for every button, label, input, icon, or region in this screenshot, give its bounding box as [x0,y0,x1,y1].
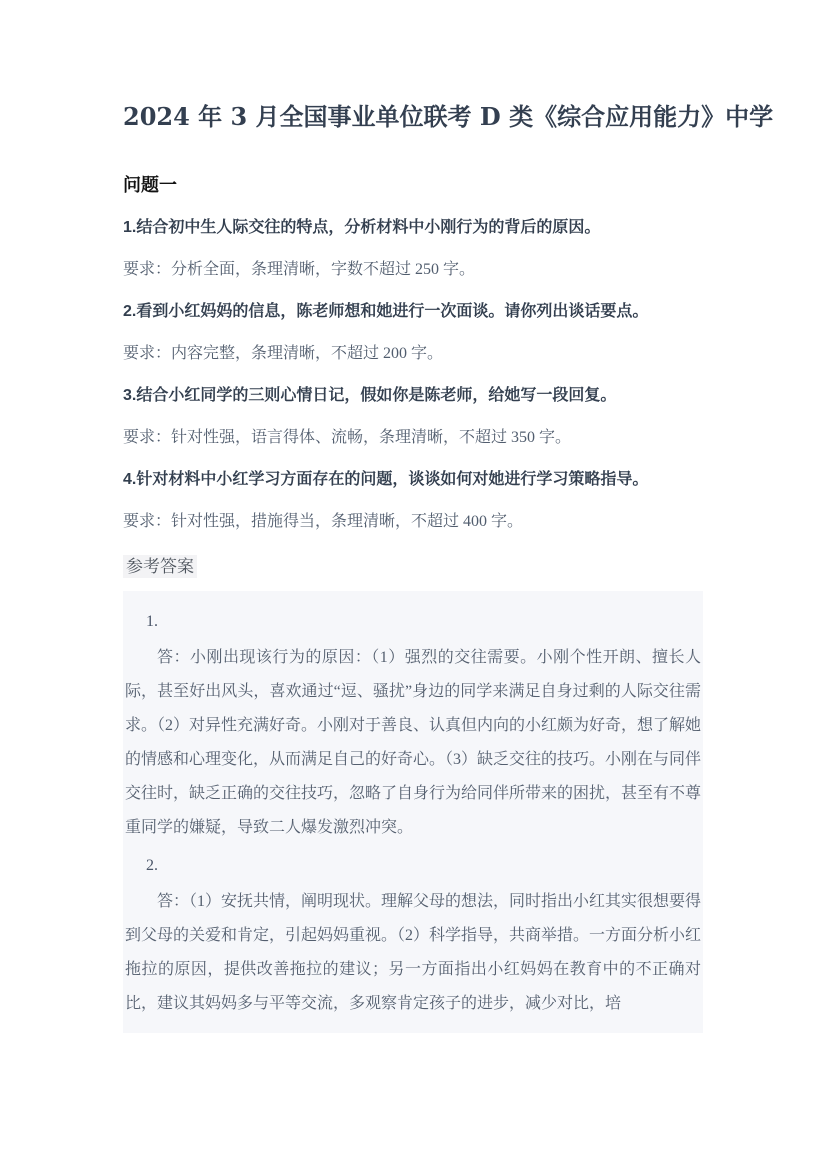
document-page: 2024 年 3 月全国事业单位联考 D 类《综合应用能力》中学 问题一 1.结… [0,0,827,1169]
document-content: 2024 年 3 月全国事业单位联考 D 类《综合应用能力》中学 问题一 1.结… [123,0,703,1033]
question-4-text: 4.针对材料中小红学习方面存在的问题，谈谈如何对她进行学习策略指导。 [123,470,703,490]
reference-answer-row: 参考答案 [123,556,703,578]
document-title: 2024 年 3 月全国事业单位联考 D 类《综合应用能力》中学 [123,101,703,133]
answer-1-number: 1. [125,609,701,635]
reference-answer-label: 参考答案 [123,555,197,578]
section-heading: 问题一 [123,175,703,196]
question-4-requirement: 要求：针对性强，措施得当，条理清晰，不超过 400 字。 [123,512,703,532]
question-3-text: 3.结合小红同学的三则心情日记，假如你是陈老师，给她写一段回复。 [123,386,703,406]
answer-2-text: 答：（1）安抚共情，阐明现状。理解父母的想法，同时指出小红其实很想要得到父母的关… [125,885,701,1021]
question-1-text: 1.结合初中生人际交往的特点，分析材料中小刚行为的背后的原因。 [123,218,703,238]
answer-1-text: 答：小刚出现该行为的原因：（1）强烈的交往需要。小刚个性开朗、擅长人际，甚至好出… [125,641,701,845]
reference-answer-box: 1. 答：小刚出现该行为的原因：（1）强烈的交往需要。小刚个性开朗、擅长人际，甚… [123,591,703,1033]
question-3-requirement: 要求：针对性强，语言得体、流畅，条理清晰，不超过 350 字。 [123,428,703,448]
question-2-requirement: 要求：内容完整，条理清晰，不超过 200 字。 [123,344,703,364]
question-2-text: 2.看到小红妈妈的信息，陈老师想和她进行一次面谈。请你列出谈话要点。 [123,302,703,322]
question-1-requirement: 要求：分析全面，条理清晰，字数不超过 250 字。 [123,260,703,280]
answer-2-number: 2. [125,853,701,879]
